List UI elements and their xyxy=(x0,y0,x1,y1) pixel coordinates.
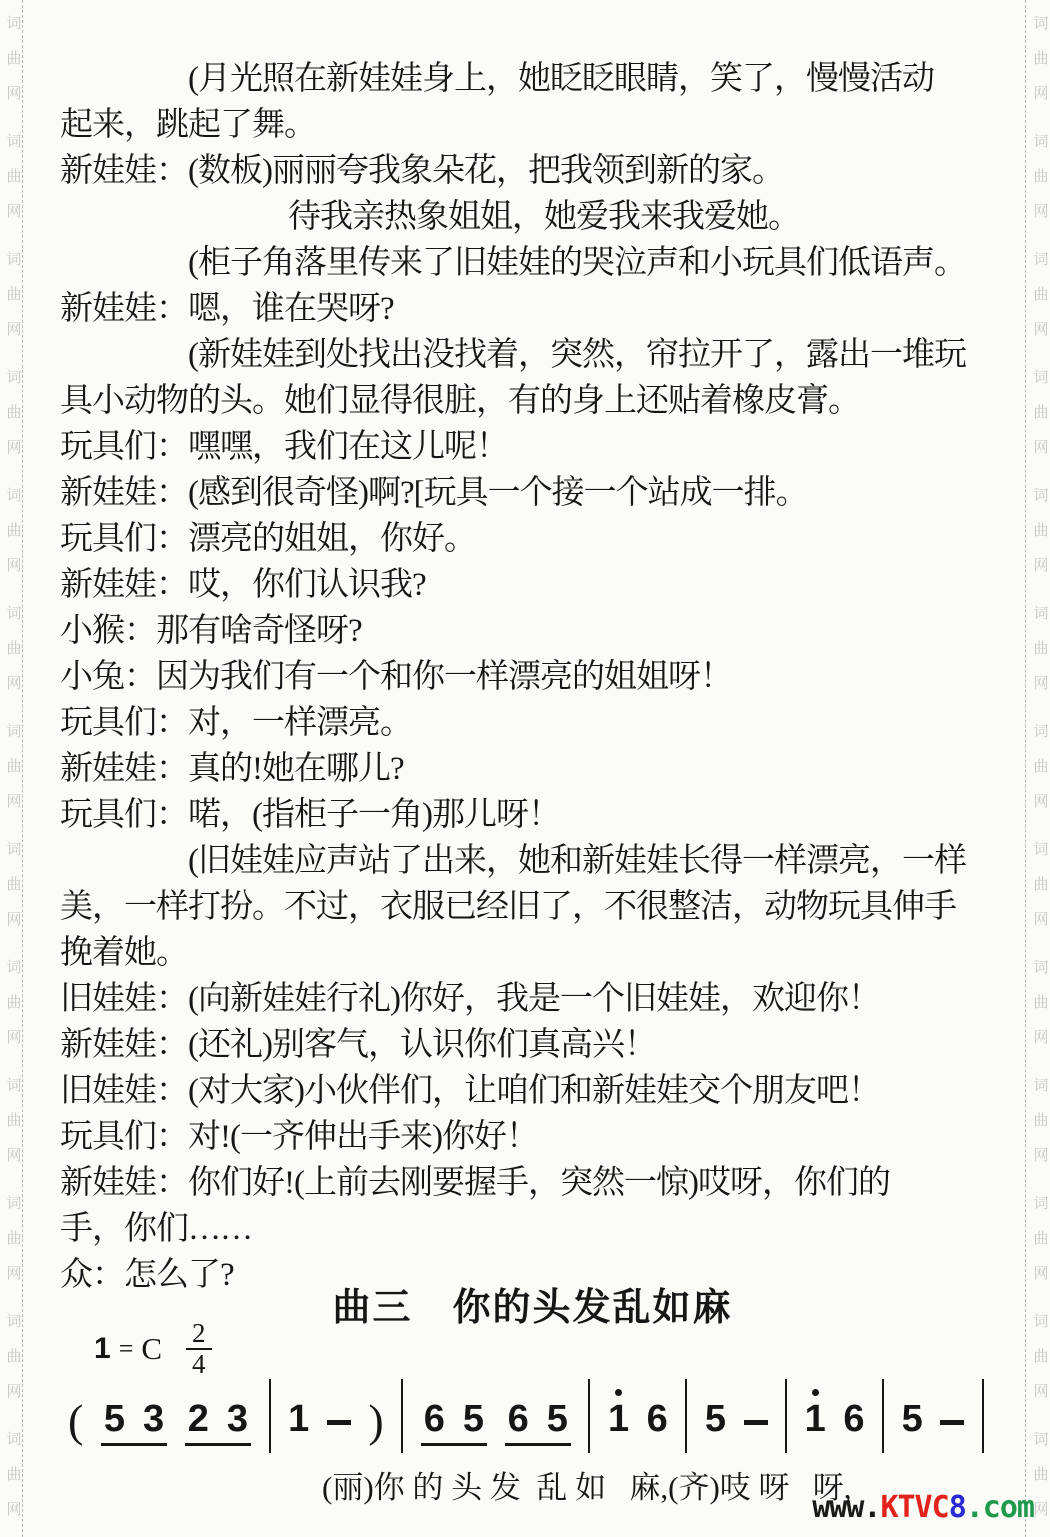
side-watermark-group: 词曲网 xyxy=(1031,950,1050,1055)
script-line: (月光照在新娃娃身上，她眨眨眼睛，笑了，慢慢活动 xyxy=(60,56,1005,102)
side-watermark-char: 曲 xyxy=(4,1457,24,1492)
note-digit: 1 xyxy=(608,1399,629,1439)
side-watermark-char: 网 xyxy=(1031,784,1050,819)
beamed-note-group: 65 xyxy=(421,1387,487,1446)
octave-dot-slot xyxy=(850,1387,857,1399)
time-signature-denominator: 4 xyxy=(192,1350,206,1378)
dash-glyph xyxy=(327,1420,351,1425)
key-name: C xyxy=(141,1331,162,1367)
side-watermark-char: 网 xyxy=(4,76,24,111)
side-watermark-char: 词 xyxy=(4,242,24,277)
side-watermark-char: 曲 xyxy=(1031,159,1050,194)
octave-dot-slot xyxy=(712,1387,719,1399)
script-line: 小猴：那有啥奇怪呀? xyxy=(60,608,1005,654)
side-watermark-char: 曲 xyxy=(1031,277,1050,312)
side-watermark-char: 词 xyxy=(4,950,24,985)
script-line: (新娃娃到处找出没找着，突然，帘拉开了，露出一堆玩 xyxy=(60,332,1005,378)
note-digit: 6 xyxy=(843,1399,864,1439)
barline xyxy=(982,1379,984,1453)
script-line: 玩具们：漂亮的姐姐，你好。 xyxy=(60,516,1005,562)
side-watermark-char: 曲 xyxy=(1031,1339,1050,1374)
script-line: 新娃娃：(感到很奇怪)啊?[玩具一个接一个站成一排。 xyxy=(60,470,1005,516)
side-watermark-char: 网 xyxy=(4,1256,24,1291)
side-watermark-group: 词曲网 xyxy=(1031,596,1050,701)
barline xyxy=(882,1379,884,1453)
octave-dot-slot xyxy=(534,1387,541,1399)
script-line: 新娃娃：(数板)丽丽夸我象朵花，把我领到新的家。 xyxy=(60,148,1005,194)
note-digit: 5 xyxy=(705,1399,726,1439)
side-watermark-char: 网 xyxy=(1031,1138,1050,1173)
script-text-block: (月光照在新娃娃身上，她眨眨眼睛，笑了，慢慢活动起来，跳起了舞。新娃娃：(数板)… xyxy=(60,0,1005,1298)
beamed-note-group: 65 xyxy=(505,1387,571,1446)
side-watermark-char: 网 xyxy=(1031,312,1050,347)
time-signature-numerator: 2 xyxy=(186,1320,212,1350)
barline xyxy=(588,1379,590,1453)
side-watermark-char: 词 xyxy=(4,6,24,41)
side-watermark-char: 词 xyxy=(4,478,24,513)
side-watermark-char: 网 xyxy=(4,430,24,465)
duration-dash xyxy=(744,1390,768,1442)
key-tonic: 1 xyxy=(94,1332,111,1366)
side-watermark-group: 词曲网 xyxy=(1031,1304,1050,1409)
side-watermark-group: 词曲网 xyxy=(4,832,24,937)
side-watermark-char: 词 xyxy=(1031,1304,1050,1339)
side-watermark-char: 网 xyxy=(1031,76,1050,111)
script-line: 玩具们：对!(一齐伸出手来)你好！ xyxy=(60,1114,1005,1160)
beamed-note-group: 53 xyxy=(101,1387,167,1446)
side-watermark-char: 网 xyxy=(4,1374,24,1409)
script-line: 旧娃娃：(对大家)小伙伴们，让咱们和新娃娃交个朋友吧！ xyxy=(60,1068,1005,1114)
side-watermark-char: 曲 xyxy=(4,1103,24,1138)
octave-dot-slot xyxy=(295,1387,302,1399)
side-watermark-char: 词 xyxy=(4,360,24,395)
script-line: 具小动物的头。她们显得很脏，有的身上还贴着橡皮膏。 xyxy=(60,378,1005,424)
note-digit: 1 xyxy=(288,1399,309,1439)
side-watermark-char: 网 xyxy=(4,784,24,819)
side-watermark-group: 词曲网 xyxy=(4,124,24,229)
note: 6 xyxy=(647,1387,668,1446)
note: 1 xyxy=(805,1387,826,1446)
side-watermark-char: 曲 xyxy=(4,1221,24,1256)
octave-dot-slot xyxy=(654,1387,661,1399)
beamed-note-group: 23 xyxy=(185,1387,251,1446)
note-digit: 6 xyxy=(424,1399,445,1439)
octave-dot-slot xyxy=(812,1387,819,1399)
script-line: 手，你们…… xyxy=(60,1206,1005,1252)
dash-glyph xyxy=(940,1420,964,1425)
barline xyxy=(401,1379,403,1453)
music-paren: ( xyxy=(68,1388,83,1444)
side-watermark-group: 词曲网 xyxy=(1031,242,1050,347)
key-equals: = xyxy=(119,1334,134,1364)
script-line: 旧娃娃：(向新娃娃行礼)你好，我是一个旧娃娃，欢迎你！ xyxy=(60,976,1005,1022)
script-line: 新娃娃：(还礼)别客气，认识你们真高兴！ xyxy=(60,1022,1005,1068)
side-watermark-char: 词 xyxy=(1031,6,1050,41)
side-watermark-char: 曲 xyxy=(1031,1457,1050,1492)
side-watermark-char: 网 xyxy=(1031,1020,1050,1055)
side-watermark-char: 词 xyxy=(1031,1186,1050,1221)
side-watermark-char: 曲 xyxy=(1031,395,1050,430)
side-watermark-char: 网 xyxy=(4,902,24,937)
side-watermark-group: 词曲网 xyxy=(4,714,24,819)
side-watermark-char: 曲 xyxy=(4,985,24,1020)
note-digit: 2 xyxy=(188,1399,209,1439)
side-watermark-char: 网 xyxy=(4,312,24,347)
side-watermark-char: 曲 xyxy=(4,513,24,548)
side-watermark-char: 词 xyxy=(4,714,24,749)
script-line: 玩具们：喏，(指柜子一角)那儿呀！ xyxy=(60,792,1005,838)
side-watermark-char: 词 xyxy=(1031,242,1050,277)
side-watermark-char: 网 xyxy=(1031,902,1050,937)
ktvc8-watermark-segment: www. xyxy=(812,1490,880,1525)
side-watermark-group: 词曲网 xyxy=(1031,478,1050,583)
script-line: 起来，跳起了舞。 xyxy=(60,102,1005,148)
side-watermark-char: 词 xyxy=(4,1422,24,1457)
octave-dot-slot xyxy=(335,1390,342,1402)
side-watermark-char: 词 xyxy=(4,1068,24,1103)
beam-underline: 53 xyxy=(101,1399,167,1446)
octave-dot-slot xyxy=(131,1387,138,1399)
octave-dot-slot xyxy=(752,1390,759,1402)
side-watermark-char: 曲 xyxy=(4,867,24,902)
side-watermark-char: 曲 xyxy=(4,631,24,666)
beam-underline: 65 xyxy=(505,1399,571,1446)
script-line: (旧娃娃应声站了出来，她和新娃娃长得一样漂亮，一样 xyxy=(60,838,1005,884)
note: 5 xyxy=(705,1387,726,1446)
note-digit: 5 xyxy=(547,1399,568,1439)
side-watermark-char: 词 xyxy=(1031,1068,1050,1103)
side-watermark-char: 网 xyxy=(4,194,24,229)
script-line: 玩具们：嘿嘿，我们在这儿呢！ xyxy=(60,424,1005,470)
script-line: 新娃娃：嗯，谁在哭呀? xyxy=(60,286,1005,332)
side-watermark-char: 曲 xyxy=(1031,1221,1050,1256)
side-watermark-group: 词曲网 xyxy=(4,242,24,347)
side-watermark-char: 词 xyxy=(1031,360,1050,395)
note: 6 xyxy=(843,1387,864,1446)
side-watermark-group: 词曲网 xyxy=(1031,714,1050,819)
music-paren: ) xyxy=(368,1388,383,1444)
side-watermark-char: 网 xyxy=(1031,430,1050,465)
note-digit: 6 xyxy=(508,1399,529,1439)
barline xyxy=(785,1379,787,1453)
side-watermark-char: 曲 xyxy=(4,159,24,194)
script-line: 挽着她。 xyxy=(60,930,1005,976)
side-watermark-group: 词曲网 xyxy=(4,360,24,465)
script-line: 新娃娃：你们好!(上前去刚要握手，突然一惊)哎呀，你们的 xyxy=(60,1160,1005,1206)
jianpu-notation-line: (53231)6565165165 xyxy=(68,1376,984,1456)
side-watermark-char: 网 xyxy=(1031,1374,1050,1409)
side-watermark-group: 词曲网 xyxy=(1031,124,1050,229)
side-watermark-char: 词 xyxy=(1031,478,1050,513)
script-line: 小兔：因为我们有一个和你一样漂亮的姐姐呀！ xyxy=(60,654,1005,700)
side-watermark-char: 词 xyxy=(4,832,24,867)
side-watermark-char: 曲 xyxy=(4,41,24,76)
key-signature: 1 = C 2 4 xyxy=(94,1324,1005,1374)
octave-dot-slot xyxy=(214,1387,221,1399)
right-side-watermark: 词曲网词曲网词曲网词曲网词曲网词曲网词曲网词曲网词曲网词曲网词曲网词曲网词曲网 xyxy=(1031,6,1050,1537)
side-watermark-char: 词 xyxy=(1031,124,1050,159)
barline xyxy=(269,1379,271,1453)
note-digit: 6 xyxy=(647,1399,668,1439)
time-signature: 2 4 xyxy=(186,1320,212,1378)
left-side-watermark: 词曲网词曲网词曲网词曲网词曲网词曲网词曲网词曲网词曲网词曲网词曲网词曲网词曲网 xyxy=(4,6,24,1537)
note: 5 xyxy=(902,1387,923,1446)
script-line: 待我亲热象姐姐，她爱我来我爱她。 xyxy=(60,194,1005,240)
side-watermark-group: 词曲网 xyxy=(4,950,24,1055)
side-watermark-char: 词 xyxy=(1031,596,1050,631)
octave-dot-slot xyxy=(949,1390,956,1402)
side-watermark-char: 曲 xyxy=(1031,41,1050,76)
beam-underline: 65 xyxy=(421,1399,487,1446)
note-digit: 3 xyxy=(143,1399,164,1439)
side-watermark-char: 词 xyxy=(4,1186,24,1221)
side-watermark-char: 词 xyxy=(1031,1422,1050,1457)
side-watermark-char: 网 xyxy=(4,1492,24,1527)
side-watermark-char: 曲 xyxy=(1031,867,1050,902)
octave-dot xyxy=(812,1389,819,1396)
side-watermark-group: 词曲网 xyxy=(4,1068,24,1173)
octave-dot-slot xyxy=(909,1387,916,1399)
side-watermark-char: 曲 xyxy=(4,277,24,312)
note-digit: 1 xyxy=(805,1399,826,1439)
octave-dot xyxy=(615,1389,622,1396)
note-digit: 5 xyxy=(104,1399,125,1439)
right-dashed-rule xyxy=(1025,0,1026,1537)
barline xyxy=(685,1379,687,1453)
side-watermark-char: 词 xyxy=(4,1304,24,1339)
side-watermark-char: 网 xyxy=(1031,666,1050,701)
side-watermark-char: 词 xyxy=(1031,950,1050,985)
side-watermark-char: 曲 xyxy=(1031,513,1050,548)
script-line: 美，一样打扮。不过，衣服已经旧了，不很整洁，动物玩具伸手 xyxy=(60,884,1005,930)
note-digit: 3 xyxy=(227,1399,248,1439)
scanned-script-page: 词曲网词曲网词曲网词曲网词曲网词曲网词曲网词曲网词曲网词曲网词曲网词曲网词曲网 … xyxy=(0,0,1050,1537)
side-watermark-char: 曲 xyxy=(4,1339,24,1374)
side-watermark-char: 网 xyxy=(4,666,24,701)
script-line: 新娃娃：真的!她在哪儿? xyxy=(60,746,1005,792)
side-watermark-char: 词 xyxy=(4,596,24,631)
side-watermark-char: 词 xyxy=(4,124,24,159)
page-content: (月光照在新娃娃身上，她眨眨眼睛，笑了，慢慢活动起来，跳起了舞。新娃娃：(数板)… xyxy=(60,0,1005,1508)
side-watermark-char: 词 xyxy=(1031,832,1050,867)
side-watermark-group: 词曲网 xyxy=(1031,1186,1050,1291)
octave-dot-slot xyxy=(615,1387,622,1399)
ktvc8-watermark-segment: 8 xyxy=(949,1490,966,1525)
ktvc8-watermark-segment: .com xyxy=(966,1490,1034,1525)
ktvc8-site-watermark: www.KTVC8.com xyxy=(812,1490,1034,1525)
side-watermark-char: 曲 xyxy=(4,395,24,430)
side-watermark-group: 词曲网 xyxy=(1031,6,1050,111)
side-watermark-char: 网 xyxy=(1031,548,1050,583)
dash-glyph xyxy=(744,1420,768,1425)
side-watermark-group: 词曲网 xyxy=(4,596,24,701)
side-watermark-char: 曲 xyxy=(1031,749,1050,784)
side-watermark-char: 曲 xyxy=(1031,1103,1050,1138)
side-watermark-char: 曲 xyxy=(4,749,24,784)
side-watermark-char: 曲 xyxy=(1031,985,1050,1020)
note-digit: 5 xyxy=(902,1399,923,1439)
note-digit: 5 xyxy=(463,1399,484,1439)
note: 1 xyxy=(608,1387,629,1446)
side-watermark-group: 词曲网 xyxy=(4,478,24,583)
note: 1 xyxy=(288,1387,309,1446)
side-watermark-group: 词曲网 xyxy=(4,6,24,111)
duration-dash xyxy=(327,1390,351,1442)
side-watermark-char: 网 xyxy=(1031,1256,1050,1291)
side-watermark-group: 词曲网 xyxy=(1031,832,1050,937)
side-watermark-group: 词曲网 xyxy=(4,1304,24,1409)
side-watermark-char: 网 xyxy=(4,1020,24,1055)
script-line: 新娃娃：哎，你们认识我? xyxy=(60,562,1005,608)
octave-dot-slot xyxy=(450,1387,457,1399)
script-line: (柜子角落里传来了旧娃娃的哭泣声和小玩具们低语声。 xyxy=(60,240,1005,286)
side-watermark-char: 网 xyxy=(4,548,24,583)
side-watermark-group: 词曲网 xyxy=(1031,1068,1050,1173)
side-watermark-char: 网 xyxy=(4,1138,24,1173)
side-watermark-char: 网 xyxy=(1031,194,1050,229)
side-watermark-group: 词曲网 xyxy=(1031,360,1050,465)
side-watermark-group: 词曲网 xyxy=(4,1422,24,1527)
side-watermark-group: 词曲网 xyxy=(4,1186,24,1291)
side-watermark-char: 曲 xyxy=(1031,631,1050,666)
side-watermark-char: 词 xyxy=(1031,714,1050,749)
duration-dash xyxy=(940,1390,964,1442)
beam-underline: 23 xyxy=(185,1399,251,1446)
script-line: 玩具们：对，一样漂亮。 xyxy=(60,700,1005,746)
ktvc8-watermark-segment: KTVC xyxy=(880,1490,948,1525)
